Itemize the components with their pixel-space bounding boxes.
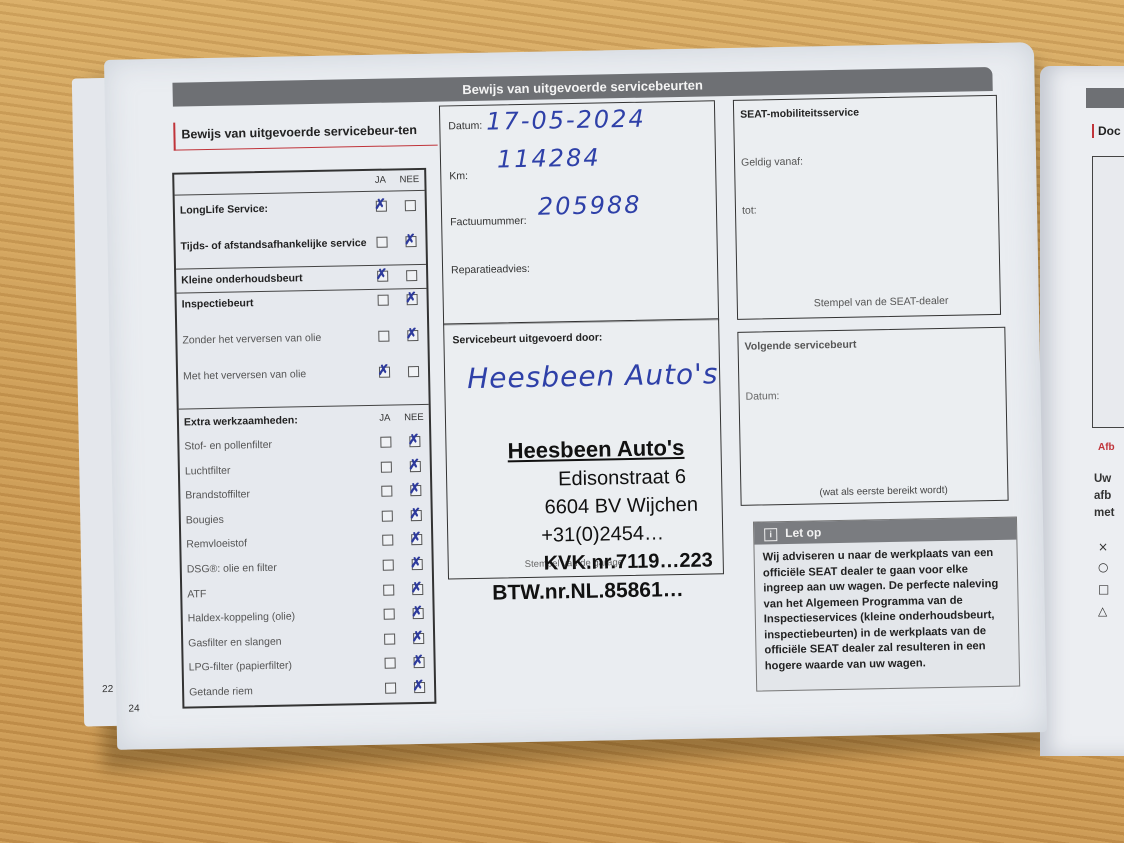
checklist-item-label: Kleine onderhoudsbeurt: [181, 272, 303, 286]
cross-symbol-icon: ×: [1098, 540, 1108, 554]
stamp-city: 6604 BV Wijchen: [544, 495, 698, 518]
next-service-datum-label: Datum:: [745, 390, 779, 403]
nee-checkbox[interactable]: [404, 200, 415, 211]
ja-checkbox[interactable]: [382, 535, 393, 546]
checklist-row: Zonder het verversen van olie: [177, 330, 427, 335]
stamp-street: Edisonstraat 6: [558, 467, 686, 489]
extra-work-row: Gasfilter en slangen: [183, 633, 433, 638]
checklist-header: JA NEE: [174, 174, 424, 179]
extra-work-label: Getande riem: [189, 685, 253, 698]
right-page-header-bar: [1086, 88, 1124, 108]
right-page: Doc Afb Uw afb met × ○ □ △: [1040, 66, 1124, 756]
col-nee-header: NEE: [399, 174, 419, 185]
circle-symbol-icon: ○: [1098, 560, 1108, 574]
nee-checkbox[interactable]: [405, 236, 416, 247]
extra-work-label: Bougies: [186, 514, 224, 527]
garage-stamp: Heesbeen Auto's Edisonstraat 6 6604 BV W…: [104, 42, 1034, 60]
extra-work-title: Extra werkzaamheden:: [184, 414, 298, 428]
nee-checkbox[interactable]: [410, 485, 421, 496]
extra-work-row: Haldex-koppeling (olie): [183, 608, 433, 613]
factuur-value[interactable]: 205988: [538, 191, 642, 221]
caution-note-title: Let op: [785, 525, 821, 540]
right-page-title: Doc: [1092, 124, 1121, 138]
ja-checkbox[interactable]: [380, 461, 391, 472]
checklist-item-label: Zonder het verversen van olie: [182, 332, 321, 347]
checklist-item-label: Tijds- of afstandsafhankelijke service: [180, 237, 366, 253]
ja-checkbox[interactable]: [383, 584, 394, 595]
extra-work-label: LPG-filter (papierfilter): [189, 660, 292, 674]
divider: [176, 288, 426, 294]
ja-checkbox[interactable]: [381, 510, 392, 521]
ja-checkbox[interactable]: [382, 560, 393, 571]
service-booklet-page: Bewijs van uitgevoerde servicebeurten Be…: [104, 42, 1047, 750]
col-nee-header: NEE: [404, 412, 424, 423]
col-ja-header: JA: [379, 413, 391, 424]
stamp-phone: +31(0)2454…: [541, 523, 664, 545]
dealer-stamp-caption: Stempel van de SEAT-dealer: [814, 295, 949, 310]
page-number: 24: [128, 703, 139, 714]
caution-note-body: Wij adviseren u naar de werkplaats van e…: [754, 540, 1019, 681]
ja-checkbox[interactable]: [384, 658, 395, 669]
divider: [175, 190, 425, 196]
nee-checkbox[interactable]: [409, 461, 420, 472]
nee-checkbox[interactable]: [406, 294, 417, 305]
extra-work-label: ATF: [187, 588, 206, 600]
checklist-row: Tijds- of afstandsafhankelijke service: [175, 236, 425, 241]
extra-work-row: ATF: [182, 583, 432, 588]
divider: [176, 264, 426, 270]
reparatie-label: Reparatieadvies:: [451, 263, 530, 277]
stamp-kvk: KVK.nr.7119…223: [544, 550, 713, 573]
extra-work-row: LPG-filter (papierfilter): [184, 657, 434, 662]
checklist-item-label: LongLife Service:: [180, 203, 268, 217]
km-value[interactable]: 114284: [497, 143, 601, 173]
extra-work-row: Getande riem: [184, 682, 434, 687]
right-page-caption: Afb: [1098, 442, 1115, 453]
ja-checkbox[interactable]: [384, 633, 395, 644]
extra-work-label: Remvloeistof: [186, 538, 247, 551]
ja-checkbox[interactable]: [380, 437, 391, 448]
nee-checkbox[interactable]: [411, 559, 422, 570]
page-number-under: 22: [102, 684, 113, 695]
right-page-text: Uw afb met: [1094, 471, 1114, 522]
nee-checkbox[interactable]: [409, 436, 420, 447]
checklist-item-label: Met het verversen van olie: [183, 368, 306, 382]
valid-from-label: Geldig vanaf:: [741, 156, 803, 169]
ja-checkbox[interactable]: [378, 367, 389, 378]
ja-checkbox[interactable]: [383, 609, 394, 620]
ja-checkbox[interactable]: [381, 486, 392, 497]
checklist-row: Kleine onderhoudsbeurt: [176, 270, 426, 275]
col-ja-header: JA: [374, 175, 386, 186]
nee-checkbox[interactable]: [406, 270, 417, 281]
factuur-label: Factuumummer:: [450, 215, 527, 228]
divider: [179, 404, 429, 410]
performed-by-handwritten[interactable]: Heesbeen Auto's: [467, 357, 719, 395]
km-label: Km:: [449, 170, 468, 182]
right-page-figure: [1092, 156, 1124, 428]
nee-checkbox[interactable]: [414, 682, 425, 693]
extra-work-label: DSG®: olie en filter: [187, 562, 277, 576]
ja-checkbox[interactable]: [376, 237, 387, 248]
checklist-row: LongLife Service:: [175, 200, 425, 205]
valid-until-label: tot:: [742, 205, 757, 217]
caution-note: iLet op Wij adviseren u naar de werkplaa…: [753, 517, 1020, 692]
ja-checkbox[interactable]: [377, 271, 388, 282]
service-checklist: JA NEE LongLife Service:Tijds- of afstan…: [172, 168, 436, 709]
extra-work-row: Brandstoffilter: [180, 485, 430, 490]
extra-work-header: Extra werkzaamheden: JA NEE: [179, 412, 429, 417]
checklist-row: Met het verversen van olie: [178, 366, 428, 371]
service-details-box: Datum: 17-05-2024 Km: 114284 Factuumumme…: [439, 100, 719, 325]
checklist-item-label: Inspectiebeurt: [182, 297, 254, 310]
extra-work-row: DSG®: olie en filter: [182, 559, 432, 564]
ja-checkbox[interactable]: [378, 331, 389, 342]
performed-by-label: Servicebeurt uitgevoerd door:: [452, 331, 602, 346]
section-title: Bewijs van uitgevoerde servicebeur-ten: [173, 118, 437, 151]
next-service-box: Volgende servicebeurt Datum: (wat als ee…: [737, 327, 1008, 506]
stamp-btw: BTW.nr.NL.85861…: [492, 579, 684, 604]
extra-work-label: Luchtfilter: [185, 464, 231, 477]
mobility-service-box: SEAT-mobiliteitsservice Geldig vanaf: to…: [733, 95, 1001, 320]
ja-checkbox[interactable]: [375, 201, 386, 212]
extra-work-label: Brandstoffilter: [185, 488, 250, 501]
extra-work-label: Haldex-koppeling (olie): [188, 611, 296, 625]
ja-checkbox[interactable]: [377, 295, 388, 306]
info-icon: i: [764, 528, 777, 541]
nee-checkbox[interactable]: [413, 633, 424, 644]
nee-checkbox[interactable]: [407, 366, 418, 377]
ja-checkbox[interactable]: [385, 683, 396, 694]
datum-value[interactable]: 17-05-2024: [486, 105, 646, 136]
extra-work-row: Luchtfilter: [180, 460, 430, 465]
extra-work-label: Gasfilter en slangen: [188, 635, 282, 649]
next-service-footnote: (wat als eerste bereikt wordt): [819, 485, 948, 498]
nee-checkbox[interactable]: [411, 534, 422, 545]
datum-label: Datum:: [448, 120, 482, 133]
nee-checkbox[interactable]: [412, 608, 423, 619]
extra-work-row: Remvloeistof: [181, 534, 431, 539]
nee-checkbox[interactable]: [413, 657, 424, 668]
square-symbol-icon: □: [1098, 582, 1109, 596]
extra-work-row: Stof- en pollenfilter: [179, 436, 429, 441]
nee-checkbox[interactable]: [407, 330, 418, 341]
nee-checkbox[interactable]: [412, 584, 423, 595]
stamp-name: Heesbeen Auto's: [507, 437, 684, 462]
next-service-title: Volgende servicebeurt: [745, 339, 857, 353]
extra-work-row: Bougies: [181, 510, 431, 515]
extra-work-label: Stof- en pollenfilter: [184, 439, 272, 453]
nee-checkbox[interactable]: [410, 510, 421, 521]
triangle-symbol-icon: △: [1098, 604, 1107, 618]
mobility-title: SEAT-mobiliteitsservice: [740, 107, 859, 121]
checklist-row: Inspectiebeurt: [177, 294, 427, 299]
